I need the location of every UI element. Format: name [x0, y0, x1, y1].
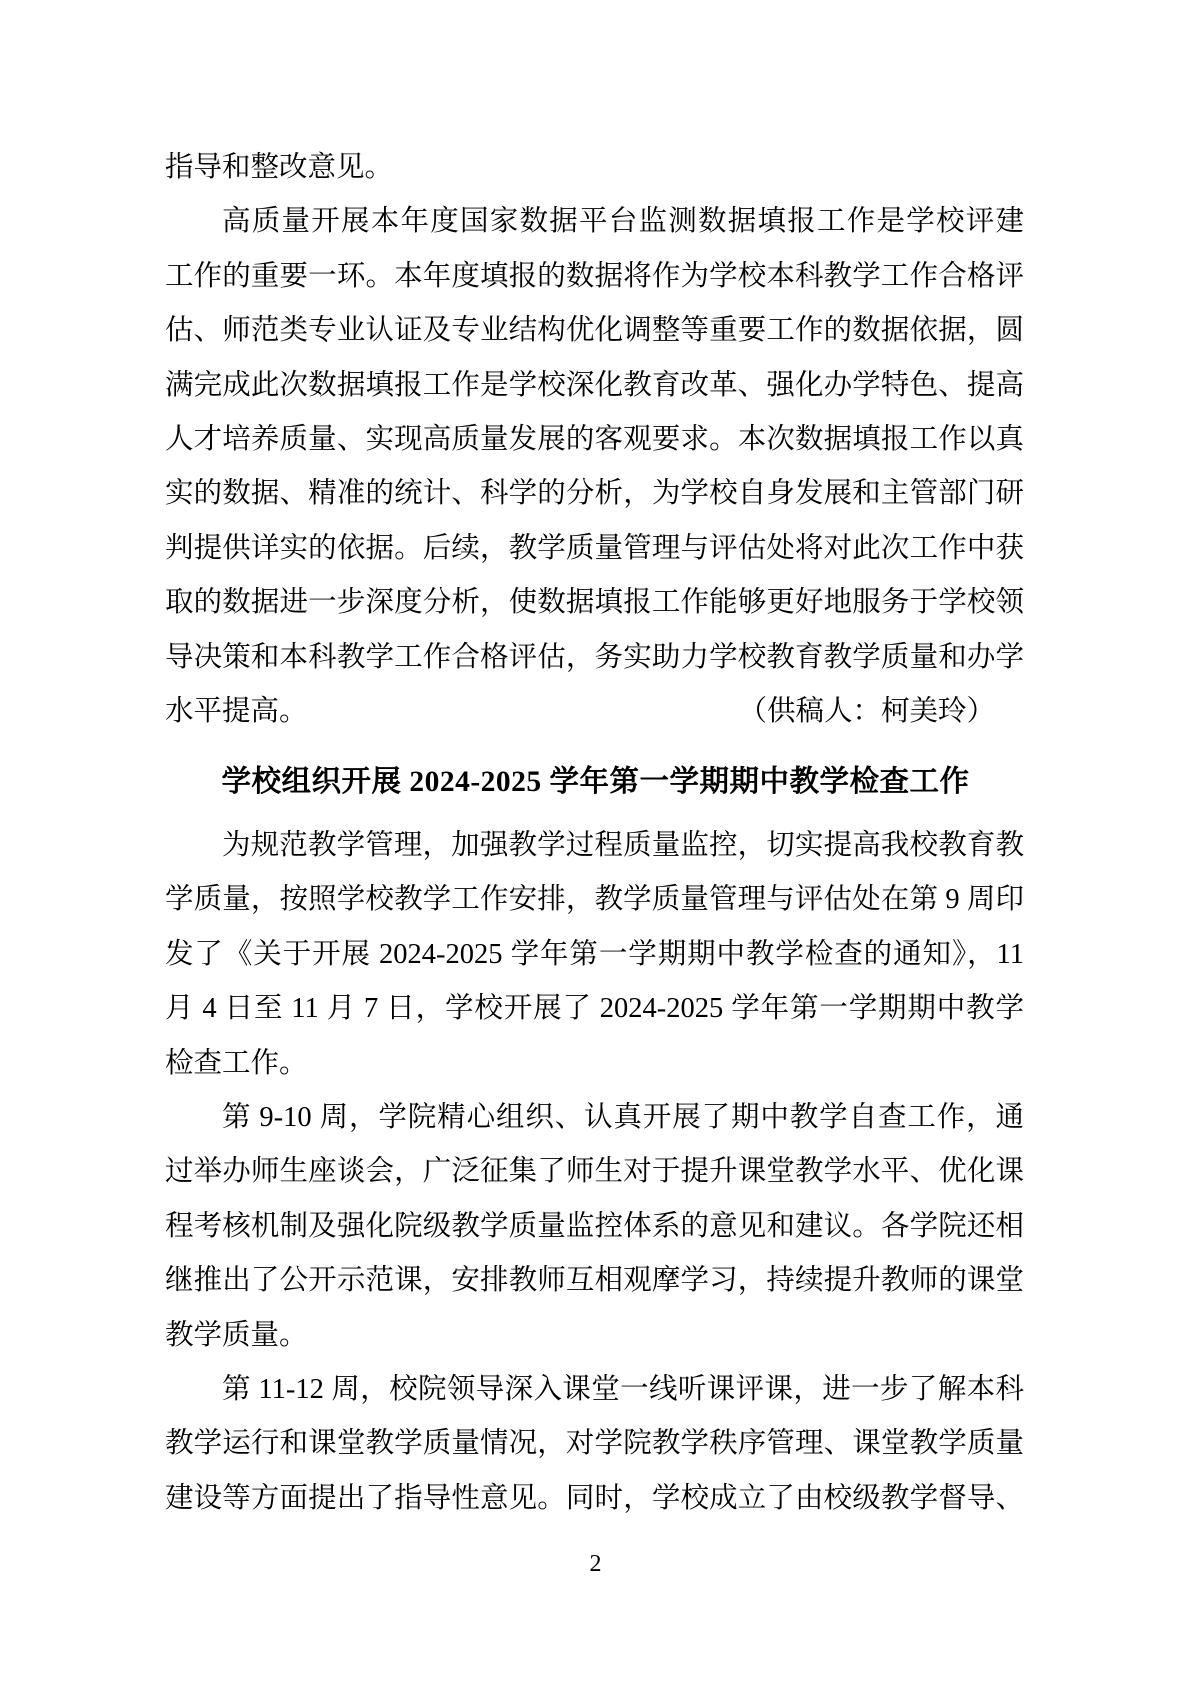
body-line: 程考核机制及强化院级教学质量监控体系的意见和建议。各学院还相 — [165, 1200, 1024, 1254]
page-number: 2 — [0, 1546, 1191, 1582]
body-line: 取的数据进一步深度分析，使数据填报工作能够更好地服务于学校领 — [165, 576, 1024, 630]
article2-paragraph-3: 第 11-12 周，校院领导深入课堂一线听课评课，进一步了解本科 教学运行和课堂… — [165, 1363, 1024, 1526]
body-line: 工作的重要一环。本年度填报的数据将作为学校本科教学工作合格评 — [165, 250, 1024, 304]
body-line: 建设等方面提出了指导性意见。同时，学校成立了由校级教学督导、 — [165, 1472, 1024, 1526]
body-line: 学质量，按照学校教学工作安排，教学质量管理与评估处在第 9 周印 — [165, 873, 1024, 927]
article1-body: 指导和整改意见。 高质量开展本年度国家数据平台监测数据填报工作是学校评建 工作的… — [165, 141, 1024, 739]
body-line: 为规范教学管理，加强教学过程质量监控，切实提高我校教育教 — [165, 819, 1024, 873]
credit-line: 水平提高。 （供稿人：柯美玲） — [165, 685, 1024, 739]
body-line: 教学质量。 — [165, 1309, 1024, 1363]
body-line: 人才培养质量、实现高质量发展的客观要求。本次数据填报工作以真 — [165, 413, 1024, 467]
body-line: 过举办师生座谈会，广泛征集了师生对于提升课堂教学水平、优化课 — [165, 1145, 1024, 1199]
body-line: 判提供详实的依据。后续，教学质量管理与评估处将对此次工作中获 — [165, 522, 1024, 576]
paragraph-closing-text: 水平提高。 — [165, 685, 308, 739]
contributor-credit: （供稿人：柯美玲） — [738, 685, 995, 739]
body-line: 高质量开展本年度国家数据平台监测数据填报工作是学校评建 — [165, 195, 1024, 249]
body-line: 第 9-10 周，学院精心组织、认真开展了期中教学自查工作，通 — [165, 1091, 1024, 1145]
body-line: 第 11-12 周，校院领导深入课堂一线听课评课，进一步了解本科 — [165, 1363, 1024, 1417]
body-line: 月 4 日至 11 月 7 日，学校开展了 2024-2025 学年第一学期期中… — [165, 982, 1024, 1036]
document-page: 指导和整改意见。 高质量开展本年度国家数据平台监测数据填报工作是学校评建 工作的… — [0, 0, 1191, 1684]
body-line: 实的数据、精准的统计、科学的分析，为学校自身发展和主管部门研 — [165, 467, 1024, 521]
body-line: 估、师范类专业认证及专业结构优化调整等重要工作的数据依据，圆 — [165, 304, 1024, 358]
body-line: 指导和整改意见。 — [165, 141, 1024, 195]
body-line: 继推出了公开示范课，安排教师互相观摩学习，持续提升教师的课堂 — [165, 1254, 1024, 1308]
body-line: 发了《关于开展 2024-2025 学年第一学期期中教学检查的通知》，11 — [165, 928, 1024, 982]
article2-paragraph-1: 为规范教学管理，加强教学过程质量监控，切实提高我校教育教 学质量，按照学校教学工… — [165, 819, 1024, 1091]
body-line: 检查工作。 — [165, 1037, 1024, 1091]
body-line: 教学运行和课堂教学质量情况，对学院教学秩序管理、课堂教学质量 — [165, 1417, 1024, 1471]
article2-title: 学校组织开展 2024-2025 学年第一学期期中教学检查工作 — [0, 752, 1191, 812]
article2-paragraph-2: 第 9-10 周，学院精心组织、认真开展了期中教学自查工作，通 过举办师生座谈会… — [165, 1091, 1024, 1363]
body-line: 满完成此次数据填报工作是学校深化教育改革、强化办学特色、提高 — [165, 359, 1024, 413]
body-line: 导决策和本科教学工作合格评估，务实助力学校教育教学质量和办学 — [165, 631, 1024, 685]
